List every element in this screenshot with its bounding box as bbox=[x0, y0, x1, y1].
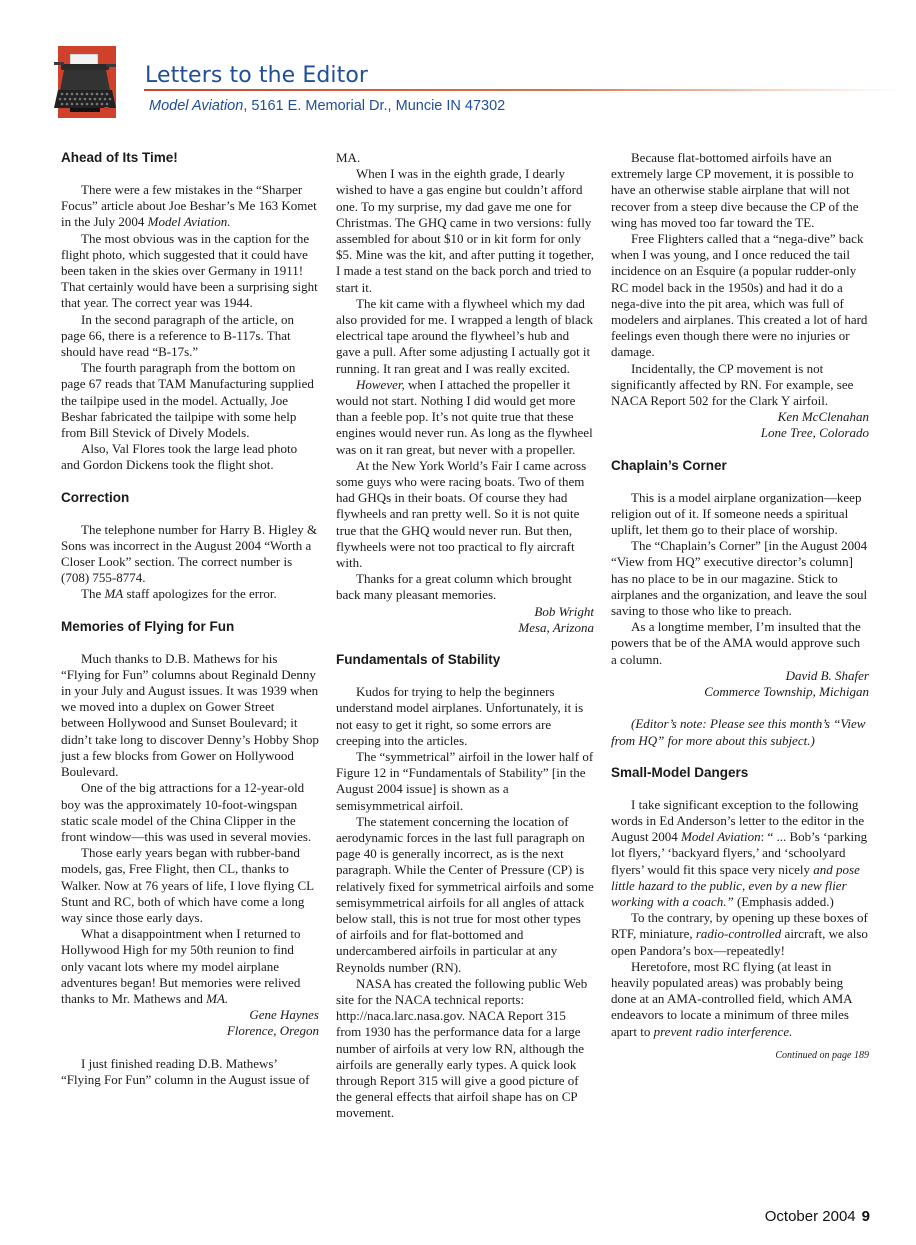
paragraph: The MA staff apologizes for the error. bbox=[61, 586, 319, 602]
paragraph: Also, Val Flores took the large lead pho… bbox=[61, 441, 319, 473]
paragraph: I just finished reading D.B. Mathews’ “F… bbox=[61, 1056, 319, 1088]
paragraph: The kit came with a flywheel which my da… bbox=[336, 296, 594, 377]
signature: Bob Wright Mesa, Arizona bbox=[336, 604, 594, 636]
paragraph: Free Flighters called that a “nega-dive”… bbox=[611, 231, 869, 361]
paragraph: When I was in the eighth grade, I dearly… bbox=[336, 166, 594, 296]
paragraph: Because flat-bottomed airfoils have an e… bbox=[611, 150, 869, 231]
signature-place: Lone Tree, Colorado bbox=[611, 425, 869, 441]
paragraph: MA. bbox=[336, 150, 594, 166]
editor-note: (Editor’s note: Please see this month’s … bbox=[611, 716, 869, 748]
signature-place: Mesa, Arizona bbox=[336, 620, 594, 636]
page-header: Letters to the Editor Model Aviation, 51… bbox=[52, 46, 912, 126]
paragraph: The “Chaplain’s Corner” [in the August 2… bbox=[611, 538, 869, 619]
magazine-name: Model Aviation bbox=[149, 98, 243, 114]
signature-name: David B. Shafer bbox=[611, 668, 869, 684]
column-2: MA. When I was in the eighth grade, I de… bbox=[336, 150, 594, 1122]
signature-place: Florence, Oregon bbox=[61, 1023, 319, 1039]
letter-heading-stability: Fundamentals of Stability bbox=[336, 652, 594, 668]
signature-name: Bob Wright bbox=[336, 604, 594, 620]
paragraph: Heretofore, most RC flying (at least in … bbox=[611, 959, 869, 1040]
paragraph: NASA has created the following public We… bbox=[336, 976, 594, 1122]
issue-date: October 2004 bbox=[765, 1208, 856, 1225]
paragraph: There were a few mistakes in the “Sharpe… bbox=[61, 182, 319, 231]
signature-name: Ken McClenahan bbox=[611, 409, 869, 425]
paragraph: Thanks for a great column which brought … bbox=[336, 571, 594, 603]
letter-heading-ahead: Ahead of Its Time! bbox=[61, 150, 319, 166]
paragraph: However, when I attached the propeller i… bbox=[336, 377, 594, 458]
signature: Gene Haynes Florence, Oregon bbox=[61, 1007, 319, 1039]
signature: David B. Shafer Commerce Township, Michi… bbox=[611, 668, 869, 700]
paragraph: In the second paragraph of the article, … bbox=[61, 312, 319, 361]
paragraph: As a longtime member, I’m insulted that … bbox=[611, 619, 869, 668]
paragraph: Those early years began with rubber-band… bbox=[61, 845, 319, 926]
paragraph: The fourth paragraph from the bottom on … bbox=[61, 360, 319, 441]
paragraph: The “symmetrical” airfoil in the lower h… bbox=[336, 749, 594, 814]
paragraph: Incidentally, the CP movement is not sig… bbox=[611, 361, 869, 410]
typewriter-icon bbox=[52, 46, 116, 120]
paragraph: The most obvious was in the caption for … bbox=[61, 231, 319, 312]
paragraph: The telephone number for Harry B. Higley… bbox=[61, 522, 319, 587]
letter-heading-correction: Correction bbox=[61, 490, 319, 506]
paragraph: This is a model airplane organization—ke… bbox=[611, 490, 869, 539]
paragraph: At the New York World’s Fair I came acro… bbox=[336, 458, 594, 571]
signature-name: Gene Haynes bbox=[61, 1007, 319, 1023]
signature: Ken McClenahan Lone Tree, Colorado bbox=[611, 409, 869, 441]
page-title: Letters to the Editor bbox=[145, 63, 368, 88]
address-text: , 5161 E. Memorial Dr., Muncie IN 47302 bbox=[243, 98, 505, 114]
page-footer: October 20049 bbox=[765, 1208, 870, 1225]
signature-place: Commerce Township, Michigan bbox=[611, 684, 869, 700]
paragraph: To the contrary, by opening up these box… bbox=[611, 910, 869, 959]
continued-link: Continued on page 189 bbox=[611, 1048, 869, 1064]
magazine-address: Model Aviation, 5161 E. Memorial Dr., Mu… bbox=[149, 98, 505, 114]
paragraph: I take significant exception to the foll… bbox=[611, 797, 869, 910]
column-1: Ahead of Its Time! There were a few mist… bbox=[61, 150, 319, 1088]
title-rule bbox=[144, 89, 904, 91]
letter-heading-small-model: Small-Model Dangers bbox=[611, 765, 869, 781]
page-number: 9 bbox=[862, 1208, 870, 1225]
paragraph: Kudos for trying to help the beginners u… bbox=[336, 684, 594, 749]
paragraph: Much thanks to D.B. Mathews for his “Fly… bbox=[61, 651, 319, 781]
column-3: Because flat-bottomed airfoils have an e… bbox=[611, 150, 869, 1064]
paragraph: One of the big attractions for a 12-year… bbox=[61, 780, 319, 845]
letter-heading-chaplain: Chaplain’s Corner bbox=[611, 458, 869, 474]
paragraph: What a disappointment when I returned to… bbox=[61, 926, 319, 1007]
letter-heading-memories: Memories of Flying for Fun bbox=[61, 619, 319, 635]
paragraph: The statement concerning the location of… bbox=[336, 814, 594, 976]
